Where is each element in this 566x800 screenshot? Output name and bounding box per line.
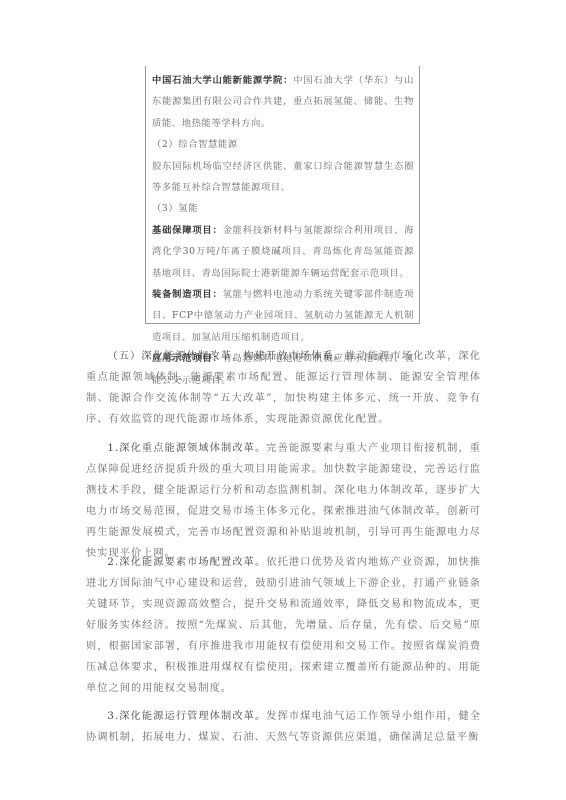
section-5-3: 3.深化能源运行管理体制改革。发挥市煤电油气运工作领导小组作用，健全协调机制，拓…: [86, 706, 481, 748]
paragraph: 1.深化重点能源领域体制改革。完善能源要素与重大产业项目衔接机制，重点保障促进经…: [86, 438, 481, 564]
section-5-2: 2.深化能源要素市场配置改革。依托港口优势及省内地炼产业资源，加快推进北方国际油…: [86, 552, 481, 699]
subsection-heading: 2.深化能源要素市场配置改革。: [107, 557, 266, 568]
section-heading: （五）深化能源体制改革，构建开放市场体系。: [107, 351, 345, 362]
box-entry-equipment: 装备制造项目：氢能与燃料电池动力系统关键零部件制造项目、FCP中德氢动力产业园项…: [152, 284, 414, 348]
entry-label: 装备制造项目：: [152, 289, 223, 300]
section-5-1: 1.深化重点能源领域体制改革。完善能源要素与重大产业项目衔接机制，重点保障促进经…: [86, 438, 481, 564]
subsection-heading: 1.深化重点能源领域体制改革。: [107, 443, 266, 454]
entry-label: 基础保障项目：: [152, 225, 223, 236]
project-list-box: 中国石油大学山能新能源学院：中国石油大学（华东）与山东能源集团有限公司合作共建，…: [145, 66, 420, 324]
subsection-heading: 3.深化能源运行管理体制改革。: [107, 711, 266, 722]
section-5: （五）深化能源体制改革，构建开放市场体系。推动能源市场化改革，深化重点能源领域体…: [86, 346, 481, 430]
entry-label: 中国石油大学山能新能源学院：: [152, 75, 293, 86]
box-entry-infrastructure: 基础保障项目：金能科技新材料与氢能源综合利用项目、海湾化学30万吨/年离子膜烧碱…: [152, 220, 414, 284]
box-heading-hydrogen: （3）氢能: [152, 198, 414, 219]
box-heading-smart-energy: （2）综合智慧能源: [152, 134, 414, 155]
box-entry-university: 中国石油大学山能新能源学院：中国石油大学（华东）与山东能源集团有限公司合作共建，…: [152, 70, 414, 134]
paragraph: 3.深化能源运行管理体制改革。发挥市煤电油气运工作领导小组作用，健全协调机制，拓…: [86, 706, 481, 748]
paragraph: （五）深化能源体制改革，构建开放市场体系。推动能源市场化改革，深化重点能源领域体…: [86, 346, 481, 430]
paragraph: 2.深化能源要素市场配置改革。依托港口优势及省内地炼产业资源，加快推进北方国际油…: [86, 552, 481, 699]
box-entry-smart-energy: 胶东国际机场临空经济区供能、董家口综合能源智慧生态圈等多能互补综合智慧能源项目。: [152, 156, 414, 199]
